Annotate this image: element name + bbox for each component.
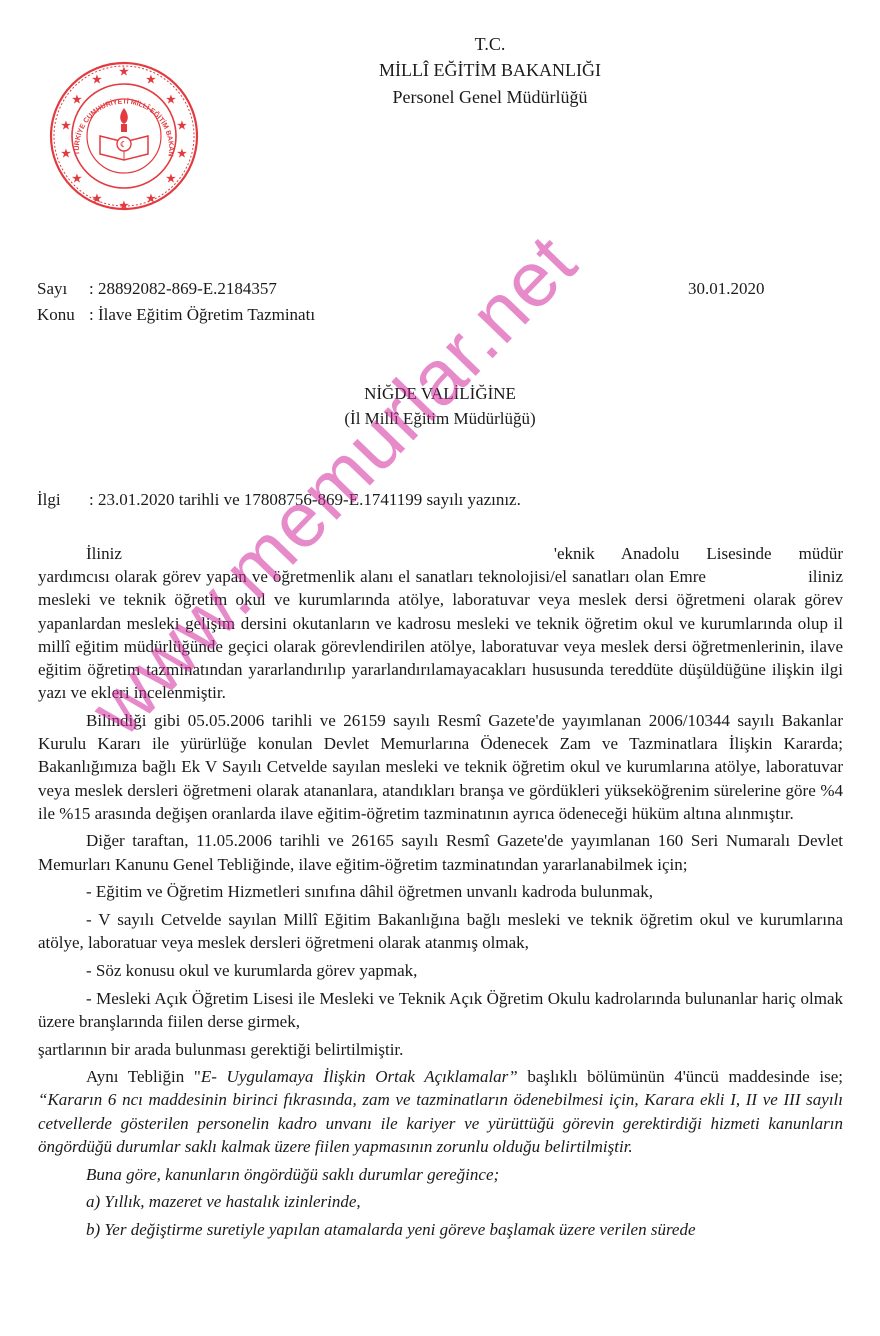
svg-text:★: ★ — [146, 74, 156, 86]
sayi-label: Sayı — [37, 279, 89, 299]
document-date: 30.01.2020 — [688, 279, 765, 299]
header-directorate: Personel Genel Müdürlüğü — [200, 87, 780, 108]
header-ministry: MİLLÎ EĞİTİM BAKANLIĞI — [200, 60, 780, 81]
svg-text:★: ★ — [166, 173, 176, 185]
list-item-a: a) Yıllık, mazeret ve hastalık izinlerin… — [38, 1190, 843, 1213]
konu-row: Konu: İlave Eğitim Öğretim Tazminatı — [37, 305, 315, 325]
sayi-value: : 28892082-869-E.2184357 — [89, 279, 277, 298]
svg-text:★: ★ — [146, 193, 156, 205]
paragraph-conditions: şartlarının bir arada bulunması gerektiğ… — [38, 1038, 843, 1061]
svg-text:☾: ☾ — [120, 140, 127, 149]
svg-text:★: ★ — [92, 193, 102, 205]
svg-text:★: ★ — [61, 120, 71, 132]
addressee-subtitle: (İl Millî Eğitim Müdürlüğü) — [0, 409, 880, 429]
list-item: - Mesleki Açık Öğretim Lisesi ile Meslek… — [38, 987, 843, 1033]
svg-text:★: ★ — [177, 120, 187, 132]
list-item: - Eğitim ve Öğretim Hizmetleri sınıfına … — [38, 880, 843, 903]
letter-body: İliniz'eknik Anadolu Lisesinde müdür yar… — [38, 542, 843, 1246]
svg-text:★: ★ — [119, 66, 129, 78]
svg-text:★: ★ — [177, 148, 187, 160]
ministry-seal-icon: TÜRKİYE CUMHURİYETİ MİLLÎ EĞİTİM BAKANLI… — [48, 58, 200, 214]
konu-label: Konu — [37, 305, 89, 325]
svg-text:★: ★ — [166, 94, 176, 106]
paragraph-3: Diğer taraftan, 11.05.2006 tarihli ve 26… — [38, 829, 843, 875]
paragraph-5: Aynı Tebliğin "E- Uygulamaya İlişkin Ort… — [38, 1065, 843, 1158]
svg-text:★: ★ — [61, 148, 71, 160]
konu-value: : İlave Eğitim Öğretim Tazminatı — [89, 305, 315, 324]
ilgi-row: İlgi: 23.01.2020 tarihli ve 17808756-869… — [37, 490, 521, 510]
list-item: - V sayılı Cetvelde sayılan Millî Eğitim… — [38, 908, 843, 954]
paragraph-6: Buna göre, kanunların öngördüğü saklı du… — [38, 1163, 843, 1186]
list-item-b: b) Yer değiştirme suretiyle yapılan atam… — [38, 1218, 843, 1241]
svg-text:★: ★ — [72, 173, 82, 185]
sayi-row: Sayı: 28892082-869-E.2184357 — [37, 279, 277, 299]
ilgi-value: : 23.01.2020 tarihli ve 17808756-869-E.1… — [89, 490, 521, 509]
ilgi-label: İlgi — [37, 490, 89, 510]
svg-text:★: ★ — [92, 74, 102, 86]
svg-text:★: ★ — [119, 200, 129, 212]
svg-text:★: ★ — [72, 94, 82, 106]
paragraph-2: Bilindiği gibi 05.05.2006 tarihli ve 261… — [38, 709, 843, 825]
list-item: - Söz konusu okul ve kurumlarda görev ya… — [38, 959, 843, 982]
addressee-title: NİĞDE VALİLİĞİNE — [0, 384, 880, 404]
header-tc: T.C. — [200, 34, 780, 55]
paragraph-1: İliniz'eknik Anadolu Lisesinde müdür yar… — [38, 542, 843, 704]
